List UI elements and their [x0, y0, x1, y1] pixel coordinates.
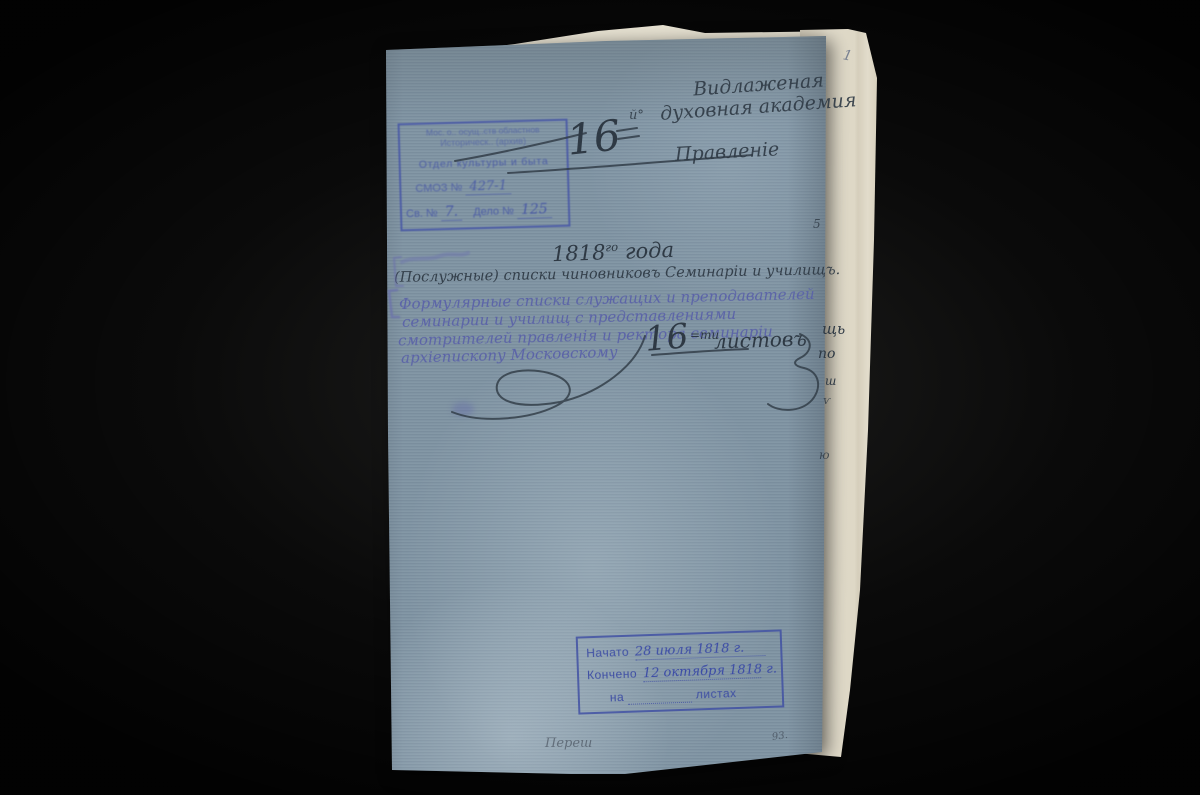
- leaf-count-word: листовъ: [714, 326, 808, 353]
- delo-value: 125: [517, 201, 552, 219]
- year-line: 1818го года: [552, 238, 675, 266]
- archive-stamp-smoz-line: СМОЗ № 427-1: [415, 176, 581, 196]
- year-suffix: го: [605, 240, 618, 254]
- pencil-smudge: [452, 402, 474, 416]
- archive-stamp-line3: Отдел культуры и быта: [401, 155, 567, 172]
- started-value: 28 июля 1818 г.: [635, 641, 745, 660]
- on-label: на: [610, 690, 625, 704]
- finished-row: Кончено 12 октября 1818 г.: [587, 662, 761, 684]
- leaf-count-number: 16: [643, 316, 690, 360]
- edge-fragment: 5: [813, 217, 821, 231]
- sheets-label: листах: [696, 686, 737, 701]
- svyazka-label: Св. №: [406, 207, 438, 220]
- archive-stamp: Мос. о.. осущ..ств областнов Историческ.…: [398, 119, 571, 232]
- date-stamp: Начато 28 июля 1818 г. Кончено 12 октябр…: [576, 629, 785, 714]
- started-row: Начато 28 июля 1818 г.: [586, 640, 765, 662]
- year-number: 1818: [552, 240, 606, 266]
- edge-fragment: ш: [825, 374, 836, 388]
- delo-label: Дело №: [473, 205, 514, 218]
- finished-label: Кончено: [587, 667, 637, 683]
- edge-fragment: щь: [822, 320, 845, 338]
- sheets-blank: [628, 688, 692, 705]
- bottom-pencil-note: Переш: [545, 736, 592, 751]
- year-word: года: [625, 238, 675, 264]
- svyazka-value: 7.: [441, 204, 463, 222]
- smoz-value: 427-1: [465, 178, 511, 195]
- edge-fragment: по: [818, 346, 835, 362]
- bottom-right-mark: 93.: [771, 730, 788, 743]
- case-number: 16: [565, 110, 623, 164]
- case-number-suffix: й°: [629, 108, 644, 123]
- edge-fragment: ю: [819, 448, 830, 462]
- smoz-label: СМОЗ №: [415, 182, 462, 195]
- edge-fragment: ѵ: [823, 394, 830, 407]
- archive-stamp-delo-line: Св. № 7. Дело № 125: [406, 201, 572, 222]
- sheets-row: на листах: [610, 686, 737, 705]
- finished-value: 12 октября 1818 г.: [643, 662, 778, 682]
- started-label: Начато: [586, 645, 629, 660]
